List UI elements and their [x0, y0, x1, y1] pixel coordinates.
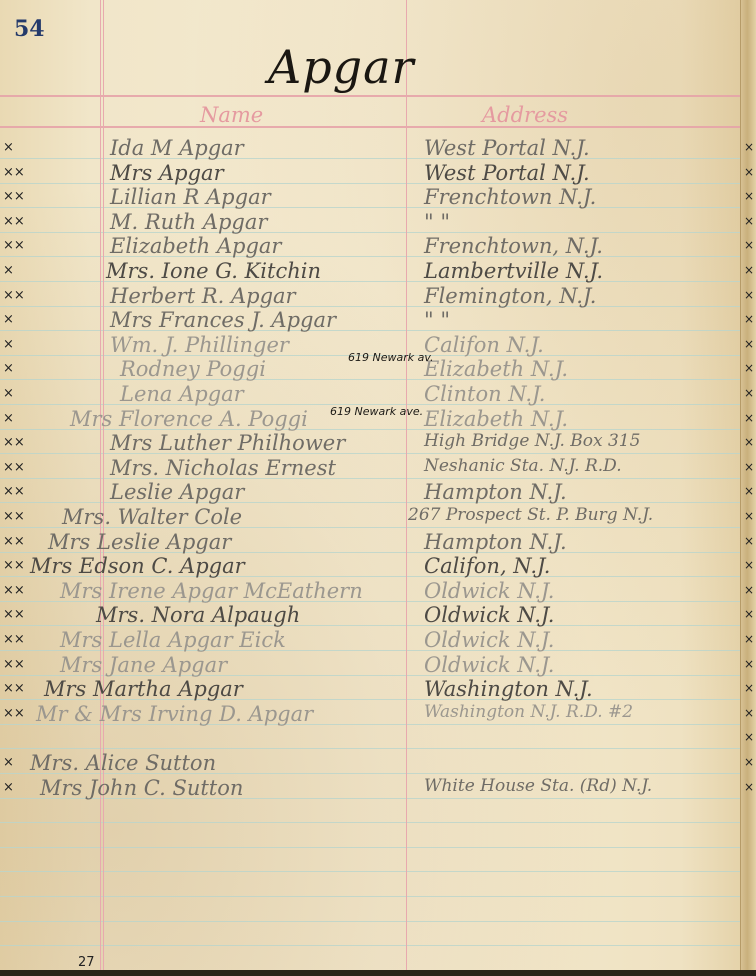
- left-check-mark: ××: [3, 214, 25, 229]
- left-check-mark: ××: [3, 509, 25, 524]
- right-check-mark: ×: [744, 755, 754, 769]
- entry-name: Mrs. Ione G. Kitchin: [106, 259, 321, 283]
- left-check-mark: ×: [3, 140, 14, 155]
- entry-name: Lillian R Apgar: [110, 185, 271, 209]
- address-annotation: 619 Newark ave.: [330, 405, 423, 418]
- entry-address: Frenchtown, N.J.: [424, 234, 603, 258]
- entry-row: ××Mrs Lella Apgar EickOldwick N.J.×: [0, 628, 756, 654]
- entry-name: M. Ruth Apgar: [110, 210, 267, 234]
- entry-name: Herbert R. Apgar: [110, 284, 296, 308]
- right-check-mark: ×: [744, 509, 754, 523]
- entry-row: ××Mrs Edson C. ApgarCalifon, N.J.×: [0, 554, 756, 580]
- entry-name: Mr & Mrs Irving D. Apgar: [36, 702, 313, 726]
- entry-row: ××Mrs. Walter Cole267 Prospect St. P. Bu…: [0, 505, 756, 531]
- entry-address: White House Sta. (Rd) N.J.: [424, 776, 652, 796]
- right-check-mark: ×: [744, 681, 754, 695]
- left-check-mark: ×: [3, 411, 14, 426]
- right-check-mark: ×: [744, 730, 754, 744]
- right-check-mark: ×: [744, 140, 754, 154]
- entry-row: ××Mr & Mrs Irving D. ApgarWashington N.J…: [0, 702, 756, 728]
- entry-address: Oldwick N.J.: [424, 579, 554, 603]
- left-check-mark: ××: [3, 558, 25, 573]
- right-check-mark: ×: [744, 189, 754, 203]
- entry-row: ×Mrs. Ione G. KitchinLambertville N.J.×: [0, 259, 756, 285]
- entry-name: Mrs Lella Apgar Eick: [60, 628, 286, 652]
- entry-address: Elizabeth N.J.: [424, 407, 568, 431]
- left-check-mark: ×: [3, 386, 14, 401]
- entry-address: 267 Prospect St. P. Burg N.J.: [408, 505, 653, 525]
- entry-name: Mrs. Nicholas Ernest: [110, 456, 336, 480]
- right-check-mark: ×: [744, 435, 754, 449]
- right-check-mark: ×: [744, 706, 754, 720]
- entry-name: Mrs Luther Philhower: [110, 431, 345, 455]
- entry-address: Elizabeth N.J.: [424, 357, 568, 381]
- footer-note: 27: [78, 955, 95, 970]
- entry-name: Mrs Jane Apgar: [60, 653, 227, 677]
- entry-name: Mrs. Walter Cole: [62, 505, 242, 529]
- left-check-mark: ×: [3, 263, 14, 278]
- entry-address: Washington N.J.: [424, 677, 593, 701]
- right-check-mark: ×: [744, 312, 754, 326]
- right-check-mark: ×: [744, 780, 754, 794]
- left-check-mark: ××: [3, 583, 25, 598]
- right-check-mark: ×: [744, 534, 754, 548]
- entry-row: ×Mrs Florence A. PoggiElizabeth N.J.619 …: [0, 407, 756, 433]
- entry-row: ××Leslie ApgarHampton N.J.×: [0, 480, 756, 506]
- entry-address: Washington N.J. R.D. #2: [424, 702, 633, 722]
- left-check-mark: ××: [3, 632, 25, 647]
- entry-row: ××Elizabeth ApgarFrenchtown, N.J.×: [0, 234, 756, 260]
- entry-row: ××Mrs Luther PhilhowerHigh Bridge N.J. B…: [0, 431, 756, 457]
- right-check-mark: ×: [744, 337, 754, 351]
- entry-address: Califon, N.J.: [424, 554, 550, 578]
- entry-name: Mrs Edson C. Apgar: [30, 554, 245, 578]
- entry-address: Hampton N.J.: [424, 530, 567, 554]
- name-column-header: Name: [200, 103, 263, 127]
- right-check-mark: ×: [744, 214, 754, 228]
- entry-address: Oldwick N.J.: [424, 603, 554, 627]
- entry-name: Ida M Apgar: [110, 136, 244, 160]
- right-check-mark: ×: [744, 386, 754, 400]
- page-bottom-edge: [0, 970, 756, 976]
- entry-row: ××Mrs Irene Apgar McEathernOldwick N.J.×: [0, 579, 756, 605]
- entry-address: Oldwick N.J.: [424, 653, 554, 677]
- right-check-mark: ×: [744, 657, 754, 671]
- entry-row: ××Lillian R ApgarFrenchtown N.J.×: [0, 185, 756, 211]
- left-check-mark: ×: [3, 361, 14, 376]
- surname-heading: Apgar: [268, 40, 415, 94]
- right-check-mark: ×: [744, 288, 754, 302]
- right-check-mark: ×: [744, 165, 754, 179]
- entry-row: ×Mrs John C. SuttonWhite House Sta. (Rd)…: [0, 776, 756, 802]
- right-check-mark: ×: [744, 583, 754, 597]
- ruled-line: [0, 822, 742, 823]
- entry-row: ×Mrs. Alice Sutton×: [0, 751, 756, 777]
- left-check-mark: ××: [3, 484, 25, 499]
- entry-row: ×Mrs Frances J. Apgar" "×: [0, 308, 756, 334]
- right-check-mark: ×: [744, 632, 754, 646]
- entry-name: Mrs John C. Sutton: [40, 776, 243, 800]
- entry-address: Flemington, N.J.: [424, 284, 596, 308]
- entry-address: " ": [424, 308, 450, 332]
- entry-address: Oldwick N.J.: [424, 628, 554, 652]
- left-check-mark: ×: [3, 780, 14, 795]
- entry-name: Mrs Martha Apgar: [44, 677, 243, 701]
- left-check-mark: ××: [3, 189, 25, 204]
- page-number: 54: [14, 16, 45, 42]
- left-check-mark: ××: [3, 681, 25, 696]
- entry-address: West Portal N.J.: [424, 161, 590, 185]
- entry-row: ×Ida M ApgarWest Portal N.J.×: [0, 136, 756, 162]
- entry-row: ××Mrs Leslie ApgarHampton N.J.×: [0, 530, 756, 556]
- right-check-mark: ×: [744, 558, 754, 572]
- right-check-mark: ×: [744, 460, 754, 474]
- header-rule-top: [0, 95, 742, 97]
- address-column-header: Address: [482, 103, 568, 127]
- right-check-mark: ×: [744, 263, 754, 277]
- header-rule-bottom: [0, 126, 742, 128]
- entry-row: ××Mrs Martha ApgarWashington N.J.×: [0, 677, 756, 703]
- left-check-mark: ××: [3, 706, 25, 721]
- ruled-line: [0, 871, 742, 872]
- entry-address: Hampton N.J.: [424, 480, 567, 504]
- entry-address: High Bridge N.J. Box 315: [424, 431, 640, 451]
- entry-name: Mrs Irene Apgar McEathern: [60, 579, 363, 603]
- left-check-mark: ××: [3, 238, 25, 253]
- entry-row: ××Mrs. Nora AlpaughOldwick N.J.×: [0, 603, 756, 629]
- right-check-mark: ×: [744, 361, 754, 375]
- entry-row: ××Herbert R. ApgarFlemington, N.J.×: [0, 284, 756, 310]
- right-check-mark: ×: [744, 607, 754, 621]
- left-check-mark: ××: [3, 460, 25, 475]
- entry-address: Califon N.J.: [424, 333, 544, 357]
- ruled-line: [0, 921, 742, 922]
- ruled-line: [0, 945, 742, 946]
- entry-row: ×: [0, 726, 756, 752]
- entry-name: Mrs Florence A. Poggi: [70, 407, 308, 431]
- entry-address: Lambertville N.J.: [424, 259, 603, 283]
- left-check-mark: ××: [3, 607, 25, 622]
- left-check-mark: ×: [3, 312, 14, 327]
- entry-row: ××Mrs ApgarWest Portal N.J.×: [0, 161, 756, 187]
- entry-address: Clinton N.J.: [424, 382, 545, 406]
- entry-name: Mrs. Nora Alpaugh: [96, 603, 300, 627]
- entry-name: Mrs Frances J. Apgar: [110, 308, 336, 332]
- entry-address: West Portal N.J.: [424, 136, 590, 160]
- entry-name: Lena Apgar: [120, 382, 244, 406]
- entry-address: Frenchtown N.J.: [424, 185, 596, 209]
- right-check-mark: ×: [744, 238, 754, 252]
- left-check-mark: ××: [3, 435, 25, 450]
- address-annotation: 619 Newark av.: [348, 351, 433, 364]
- entry-row: ×Rodney PoggiElizabeth N.J.619 Newark av…: [0, 357, 756, 383]
- entry-name: Rodney Poggi: [120, 357, 266, 381]
- ledger-page: 54 Apgar Name Address ×Ida M ApgarWest P…: [0, 0, 756, 976]
- entry-name: Mrs Apgar: [110, 161, 224, 185]
- entry-name: Mrs Leslie Apgar: [48, 530, 231, 554]
- left-check-mark: ××: [3, 288, 25, 303]
- ruled-line: [0, 896, 742, 897]
- entry-name: Elizabeth Apgar: [110, 234, 281, 258]
- entry-row: ××Mrs Jane ApgarOldwick N.J.×: [0, 653, 756, 679]
- left-check-mark: ××: [3, 657, 25, 672]
- ruled-line: [0, 847, 742, 848]
- right-check-mark: ×: [744, 411, 754, 425]
- left-check-mark: ××: [3, 165, 25, 180]
- right-check-mark: ×: [744, 484, 754, 498]
- entry-name: Leslie Apgar: [110, 480, 244, 504]
- entry-name: Wm. J. Phillinger: [110, 333, 289, 357]
- left-check-mark: ×: [3, 755, 14, 770]
- entry-row: ××M. Ruth Apgar" "×: [0, 210, 756, 236]
- entry-address: Neshanic Sta. N.J. R.D.: [424, 456, 622, 476]
- entry-address: " ": [424, 210, 450, 234]
- entry-row: ××Mrs. Nicholas ErnestNeshanic Sta. N.J.…: [0, 456, 756, 482]
- left-check-mark: ××: [3, 534, 25, 549]
- entry-name: Mrs. Alice Sutton: [30, 751, 216, 775]
- left-check-mark: ×: [3, 337, 14, 352]
